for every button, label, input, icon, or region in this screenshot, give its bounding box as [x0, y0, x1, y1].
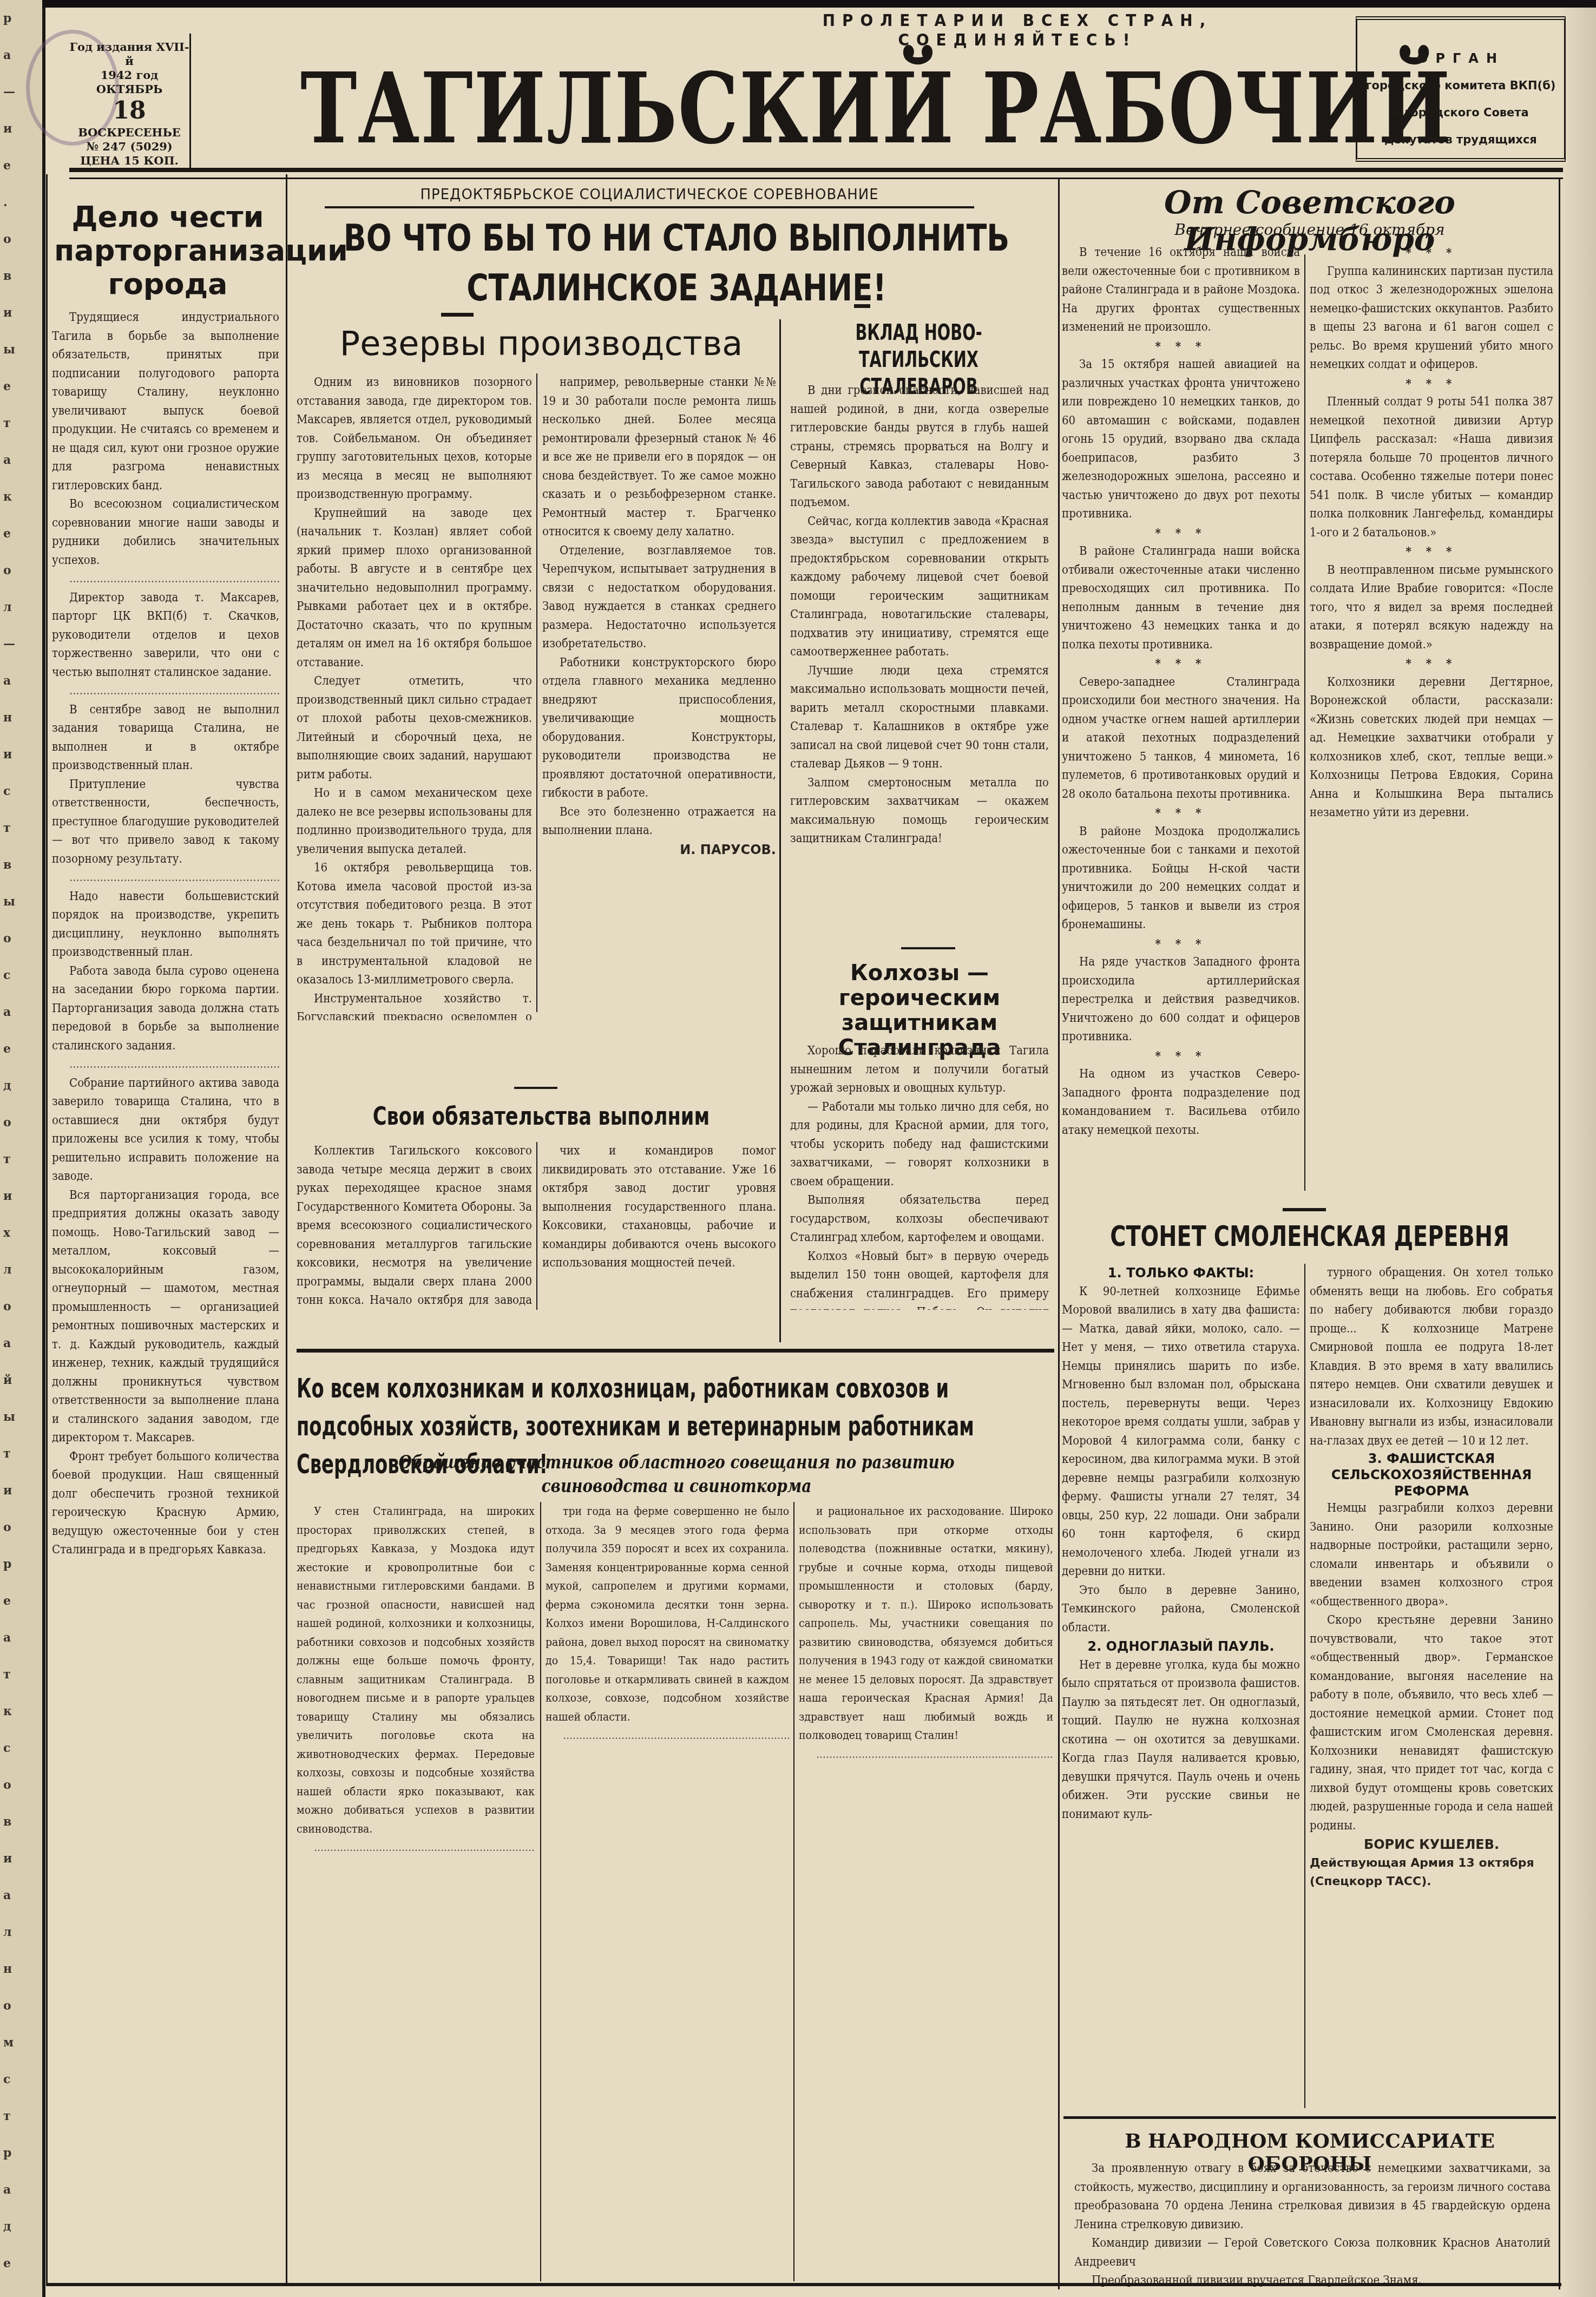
adjacent-page-edge: ра—ие.овиыетакеол—аниствыосаедотихлоайыт… [0, 0, 45, 2297]
column-rule [1058, 179, 1060, 2289]
paragraph: Нет в деревне уголка, куда бы можно было… [1062, 1656, 1300, 1825]
separator-stars: * * * [1062, 935, 1300, 954]
organ-label: ОРГАН [1357, 45, 1564, 72]
column-rule [1304, 1264, 1305, 2108]
paragraph: В течение 16 октября наши войска вели ож… [1062, 244, 1300, 337]
left-headline: Дело чести парторганизации города [54, 200, 281, 301]
kolkhozes-body: Хорошо поработали колхозники Тагила ныне… [790, 1042, 1049, 1310]
paragraph: три года на ферме совершенно не было отх… [546, 1502, 789, 1726]
appeal-subheadline: Обращение участников областного совещани… [388, 1451, 965, 1498]
appeal-col-2: три года на ферме совершенно не было отх… [546, 1502, 789, 2281]
left-article-body: Трудящиеся индустриального Тагила в борь… [52, 309, 279, 2268]
reserves-signature: И. ПАРУСОВ. [542, 841, 776, 859]
paragraph: и рациональное их расходование. Широко и… [799, 1502, 1053, 1745]
paragraph: В сентябре завод не выполнил задания тов… [52, 701, 279, 776]
paragraph: Колхозники деревни Дегтярное, Воронежско… [1310, 673, 1553, 823]
obligations-headline: Свои обязательства выполним [339, 1101, 744, 1131]
paragraph: турного обращения. Он хотел только обмен… [1310, 1264, 1553, 1451]
separator [901, 947, 955, 949]
paragraph: Лучшие люди цеха стремятся максимально и… [790, 662, 1049, 774]
column-rule [46, 174, 48, 2285]
paragraph: Пленный солдат 9 роты 541 полка 387 неме… [1310, 393, 1553, 542]
paragraph: Крупнейший на заводе цех (начальник т. К… [297, 504, 532, 673]
section-rule [1063, 2116, 1556, 2119]
paragraph: — Работали мы только лично для себя, но … [790, 1098, 1049, 1192]
paragraph: Фронт требует большого количества боевой… [52, 1448, 279, 1560]
column-rule [779, 319, 781, 1342]
paragraph: Следует отметить, что производственный ц… [297, 672, 532, 784]
source-credit: (Спецкорр ТАСС). [1310, 1873, 1553, 1892]
appeal-col-3: и рациональное их расходование. Широко и… [799, 1502, 1053, 2281]
paragraph: За проявленную отвагу в боях за отечеств… [1074, 2160, 1551, 2234]
appeal-col-1: У стен Сталинграда, на широких просторах… [297, 1502, 535, 2281]
issue-number: № 247 (5029) [69, 140, 189, 154]
column-rule [286, 174, 287, 2285]
paragraph: В районе Сталинграда наши войска отбивал… [1062, 542, 1300, 654]
paragraph: Одним из виновников позорного отставания… [297, 373, 532, 504]
paragraph: ........................................… [546, 1726, 789, 1745]
issue-day: 18 [69, 96, 189, 126]
paragraph: К 90-летней колхознице Ефимье Моровой вв… [1062, 1283, 1300, 1581]
paragraph: Немцы разграбили колхоз деревни Занино. … [1310, 1499, 1553, 1611]
paragraph: Коллектив Тагильского коксового завода ч… [297, 1142, 532, 1310]
organ-line-1: городского комитета ВКП(б) [1357, 72, 1564, 99]
paragraph: Во всесоюзном социалистическом соревнова… [52, 495, 279, 570]
paragraph: Вся парторганизация города, все предприя… [52, 1186, 279, 1448]
smolensk-col-1: 1. ТОЛЬКО ФАКТЫ: К 90-летней колхознице … [1062, 1264, 1300, 2092]
paragraph: Командир дивизии — Герой Советского Союз… [1074, 2234, 1551, 2272]
paragraph: Группа калининских партизан пустила под … [1310, 262, 1553, 375]
section-title: 3. ФАШИСТСКАЯ СЕЛЬСКОХОЗЯЙСТВЕННАЯ РЕФОР… [1310, 1451, 1553, 1499]
paragraph: Сейчас, когда коллектив завода «Красная … [790, 513, 1049, 662]
slogan: ПРОЛЕТАРИИ ВСЕХ СТРАН, СОЕДИНЯЙТЕСЬ! [766, 11, 1269, 50]
organ-box: ОРГАН городского комитета ВКП(б) и город… [1356, 16, 1566, 162]
paragraph: например, револьверные станки №№ 19 и 30… [542, 373, 776, 542]
organ-line-2: и городского Совета [1357, 99, 1564, 126]
paragraph: Трудящиеся индустриального Тагила в борь… [52, 309, 279, 495]
paragraph: Надо навести большевистский порядок на п… [52, 888, 279, 962]
separator-stars: * * * [1310, 375, 1553, 393]
column-rule [536, 373, 537, 1012]
paragraph: Притупление чувства ответственности, бес… [52, 776, 279, 869]
paragraph: Преобразованной дивизии вручается Гварде… [1074, 2272, 1551, 2289]
paragraph: За 15 октября нашей авиацией на различны… [1062, 356, 1300, 524]
section-title: 2. ОДНОГЛАЗЫЙ ПАУЛЬ. [1062, 1637, 1300, 1656]
paragraph: Это было в деревне Занино, Темкинского р… [1062, 1581, 1300, 1638]
issue-weekday: ВОСКРЕСЕНЬЕ [69, 126, 189, 140]
defense-body: За проявленную отвагу в боях за отечеств… [1074, 2160, 1551, 2289]
paragraph: Выполняя обязательства перед государство… [790, 1191, 1049, 1248]
paragraph: Северо-западнее Сталинграда происходили … [1062, 673, 1300, 804]
paragraph: Но и в самом механическом цехе далеко не… [297, 784, 532, 859]
separator [514, 1087, 557, 1089]
paragraph: Директор завода т. Максарев, парторг ЦК … [52, 589, 279, 682]
column-rule [1559, 179, 1560, 2289]
separator-stars: * * * [1310, 654, 1553, 673]
column-rule [540, 1502, 541, 2281]
separator-stars: * * * [1062, 337, 1300, 356]
paragraph: Все это болезненно отражается на выполне… [542, 803, 776, 841]
separator [441, 313, 474, 317]
separator-stars: * * * [1310, 542, 1553, 561]
column-rule [793, 1502, 794, 2281]
paragraph: В неотправленном письме румынского солда… [1310, 561, 1553, 655]
sovinform-subheadline: Вечернее сообщение 16 октября [1063, 221, 1556, 239]
smolensk-col-2: турного обращения. Он хотел только обмен… [1310, 1264, 1553, 2108]
newspaper-title: ТАГИЛЬСКИЙ РАБОЧИЙ [300, 51, 853, 166]
year-of-issue: Год издания XVII-й [69, 40, 189, 68]
paragraph: Залпом смертоносным металла по гитлеровс… [790, 774, 1049, 849]
main-headline: ВО ЧТО БЫ ТО НИ СТАЛО ВЫПОЛНИТЬ СТАЛИНСК… [340, 214, 1013, 313]
paragraph: ........................................… [52, 682, 279, 701]
newspaper-page: ра—ие.овиыетакеол—аниствыосаедотихлоайыт… [0, 0, 1596, 2297]
paragraph: Работники конструкторского бюро отдела г… [542, 654, 776, 803]
paragraph: ........................................… [799, 1745, 1053, 1764]
paragraph: ........................................… [297, 1838, 535, 1857]
sovinform-col-2: * * * Группа калининских партизан пустил… [1310, 244, 1553, 1191]
column-rule [1304, 254, 1305, 1191]
paragraph: Инструментальное хозяйство т. Богуславск… [297, 990, 532, 1021]
column-rule [536, 1142, 537, 1310]
paragraph: Работа завода была сурово оценена на зас… [52, 962, 279, 1056]
paragraph: Хорошо поработали колхозники Тагила ныне… [790, 1042, 1049, 1098]
section-kicker: ПРЕДОКТЯБРЬСКОЕ СОЦИАЛИСТИЧЕСКОЕ СОРЕВНО… [325, 187, 974, 208]
sovinform-col-1: В течение 16 октября наши войска вели ож… [1062, 244, 1300, 1153]
issue-year: 1942 год [69, 68, 189, 82]
separator-stars: * * * [1062, 804, 1300, 823]
paragraph: В дни грозной опасности, нависшей над на… [790, 382, 1049, 513]
separator [1283, 1208, 1326, 1211]
issue-month: ОКТЯБРЬ [69, 82, 189, 96]
bottom-rule [46, 2283, 1561, 2286]
paragraph: ........................................… [52, 869, 279, 888]
masthead-rule [69, 168, 1563, 179]
paragraph: Отделение, возглавляемое тов. Черепчуком… [542, 542, 776, 654]
steelmakers-body: В дни грозной опасности, нависшей над на… [790, 382, 1049, 934]
smolensk-signature: БОРИС КУШЕЛЕВ. [1310, 1835, 1553, 1854]
section-rule [297, 1349, 1054, 1353]
section-title: 1. ТОЛЬКО ФАКТЫ: [1062, 1264, 1300, 1283]
paragraph: У стен Сталинграда, на широких просторах… [297, 1502, 535, 1838]
separator-stars: * * * [1062, 654, 1300, 673]
paragraph: Колхоз «Новый быт» в первую очередь выде… [790, 1248, 1049, 1310]
paragraph: ........................................… [52, 1055, 279, 1074]
paragraph: 16 октября револьверщица тов. Котова име… [297, 859, 532, 990]
paragraph: ........................................… [52, 570, 279, 589]
paragraph: чих и командиров помог ликвидировать это… [542, 1142, 776, 1273]
separator-stars: * * * [1062, 524, 1300, 543]
paragraph: Скоро крестьяне деревни Занино почувство… [1310, 1611, 1553, 1835]
paragraph: Собрание партийного актива завода завери… [52, 1074, 279, 1186]
organ-line-3: депутатов трудящихся [1357, 126, 1564, 153]
smolensk-headline: СТОНЕТ СМОЛЕНСКАЯ ДЕРЕВНЯ [1100, 1220, 1519, 1253]
obligations-col-2: чих и командиров помог ликвидировать это… [542, 1142, 776, 1310]
paragraph: На ряде участков Западного фронта происх… [1062, 953, 1300, 1047]
dateline: Действующая Армия 13 октября [1310, 1854, 1553, 1873]
scan-border [42, 0, 1596, 8]
paragraph: На одном из участков Северо-Западного фр… [1062, 1065, 1300, 1140]
separator-stars: * * * [1310, 244, 1553, 262]
separator [854, 304, 870, 308]
paragraph: В районе Моздока продолжались ожесточенн… [1062, 823, 1300, 935]
reserves-col-1: Одним из виновников позорного отставания… [297, 373, 532, 1020]
separator-stars: * * * [1062, 1047, 1300, 1066]
issue-price: ЦЕНА 15 КОП. [69, 154, 189, 168]
reserves-headline: Резервы производства [303, 324, 779, 363]
reserves-col-2: например, револьверные станки №№ 19 и 30… [542, 373, 776, 1042]
issue-date-box: Год издания XVII-й 1942 год ОКТЯБРЬ 18 В… [69, 34, 191, 170]
obligations-col-1: Коллектив Тагильского коксового завода ч… [297, 1142, 532, 1310]
